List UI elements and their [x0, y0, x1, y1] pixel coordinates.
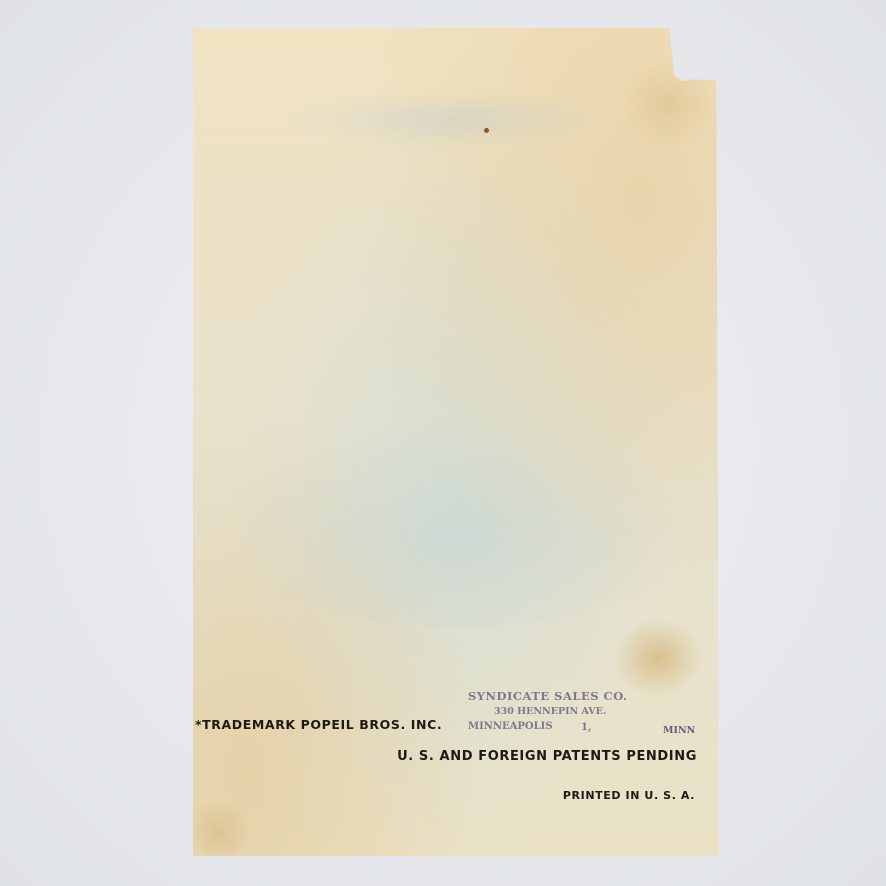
- water-stain: [613, 618, 703, 698]
- paper-sheet: SYNDICATE SALES CO. 330 HENNEPIN AVE. MI…: [193, 28, 719, 856]
- stamp-company: SYNDICATE SALES CO.: [468, 689, 628, 703]
- printed-in-notice: PRINTED IN U. S. A.: [563, 789, 695, 802]
- faded-illustration-show-through: [213, 408, 703, 628]
- patents-notice: U. S. AND FOREIGN PATENTS PENDING: [397, 749, 697, 764]
- stamp-state: MINN: [663, 725, 695, 736]
- stamp-zone: 1,: [581, 722, 591, 733]
- paper-spot: [484, 128, 489, 133]
- stamp-city: MINNEAPOLIS: [468, 721, 553, 732]
- corner-stain: [623, 58, 713, 148]
- faded-title-show-through: [283, 90, 613, 150]
- stamp-address: 330 HENNEPIN AVE.: [494, 706, 606, 717]
- trademark-notice: *TRADEMARK POPEIL BROS. INC.: [195, 717, 442, 732]
- edge-stain: [183, 798, 253, 868]
